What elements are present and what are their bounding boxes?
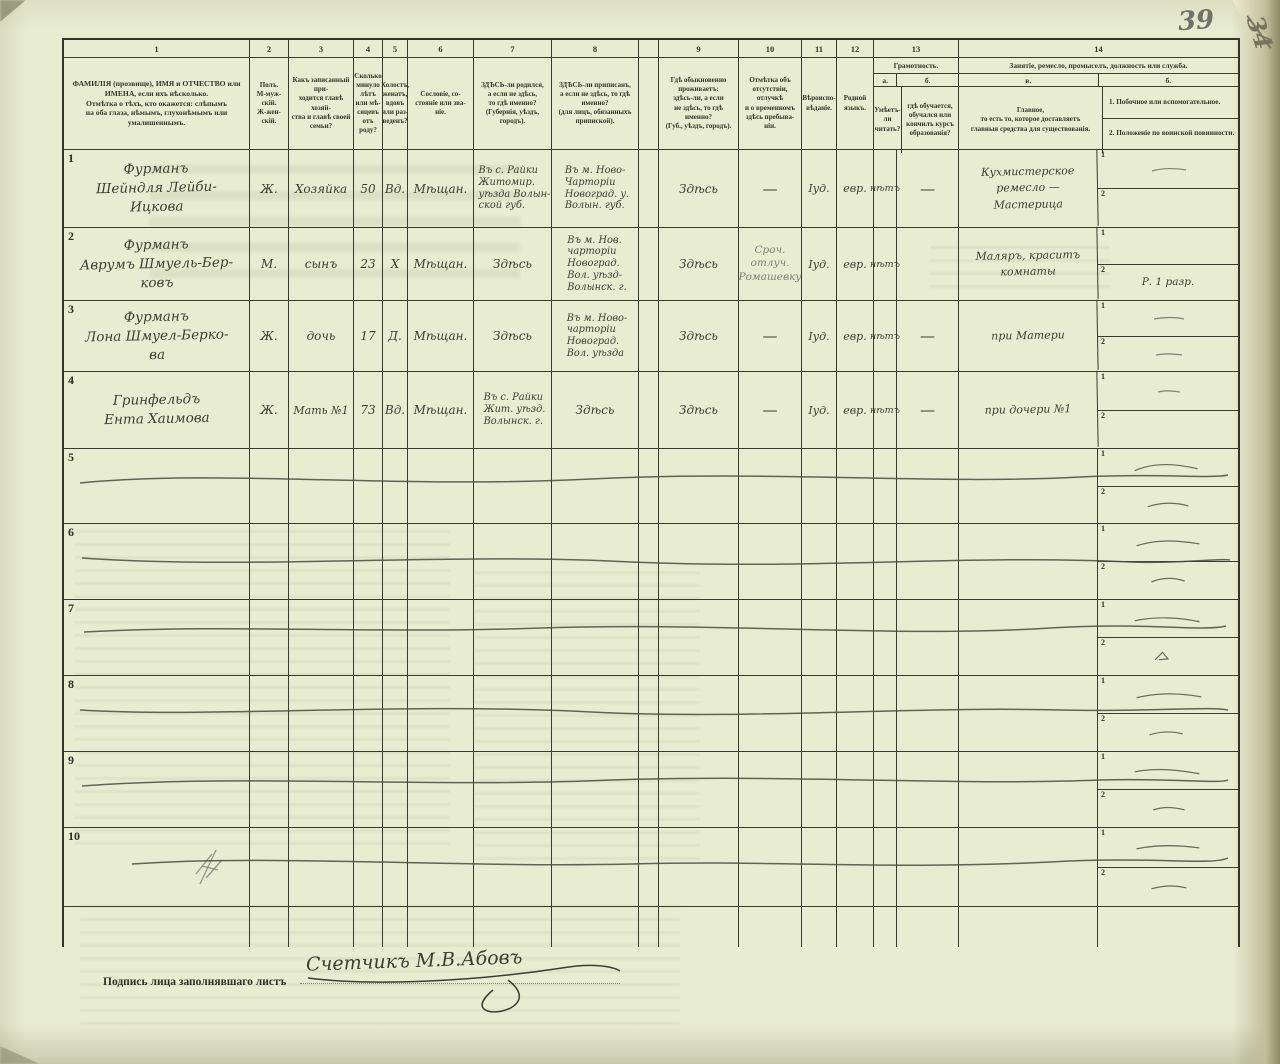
cell-registered: Въ м. Ново- Чарторіи Новоград. у. Волын.… bbox=[552, 150, 639, 227]
table-row: 4 Гринфельдъ Ента Хаимова Ж. Мать №1 73 … bbox=[64, 372, 1238, 449]
stub-cell bbox=[383, 907, 408, 947]
cell-read: нѣтъ bbox=[874, 228, 897, 300]
census-table: 1 2 3 4 5 6 7 8 9 10 11 12 13 14 ФАМИЛІЯ… bbox=[62, 38, 1240, 947]
cell-marital: Вд. bbox=[383, 372, 408, 448]
occupation-side-item-2: 2. Положеніе по воинской повинности. bbox=[1103, 119, 1238, 150]
table-row-empty: 5 1 2 bbox=[64, 449, 1238, 524]
col-num-3: 3 bbox=[289, 40, 354, 57]
occupation-side-sub1: 1 bbox=[1098, 228, 1238, 265]
cell-sex: Ж. bbox=[250, 372, 289, 448]
occupation-side-label: б. bbox=[1099, 74, 1239, 86]
cell-relation: сынъ bbox=[289, 228, 354, 300]
cell-read: нѣтъ bbox=[874, 372, 897, 448]
header-estate: Сословіе, со- стояніе или зва- ніе. bbox=[408, 58, 474, 149]
ink-dash bbox=[1144, 386, 1192, 396]
cell-sex: Ж. bbox=[250, 301, 289, 371]
header-born: ЗДѢСЬ-ли родился, а если не здѣсь, то гд… bbox=[474, 58, 552, 149]
row-number: 2 bbox=[68, 229, 74, 244]
cross-out-line bbox=[72, 463, 1230, 493]
cell-absence: — bbox=[739, 150, 802, 227]
stub-cell bbox=[802, 907, 837, 947]
ink-curve bbox=[1131, 650, 1205, 664]
militia-note: Р. 1 разр. bbox=[1142, 276, 1195, 288]
gutter bbox=[639, 150, 659, 227]
occupation-side-sub2: 2 bbox=[1098, 411, 1238, 449]
col-num-11: 11 bbox=[802, 40, 837, 57]
cell-born: Здѣсь bbox=[474, 301, 552, 371]
stub-cell bbox=[1098, 907, 1238, 947]
signature-flourish bbox=[300, 950, 630, 1030]
cell-language: евр. bbox=[837, 372, 874, 448]
gutter bbox=[639, 301, 659, 371]
cell-read: нѣтъ bbox=[874, 301, 897, 371]
row-number: 1 bbox=[68, 151, 74, 166]
cell-absence-pencil-note: Сроч. отлуч. Ромашевку bbox=[739, 228, 802, 300]
cell-resides: Здѣсь bbox=[659, 228, 739, 300]
header-occupation-block: Занятіе, ремесло, промыселъ, должность и… bbox=[959, 58, 1238, 149]
signature-label: Подпись лица заполнявшаго листъ bbox=[103, 976, 286, 994]
cell-estate: Мѣщан. bbox=[408, 301, 474, 371]
cell-age: 23 bbox=[354, 228, 383, 300]
cell-sex: М. bbox=[250, 228, 289, 300]
column-numbers-row: 1 2 3 4 5 6 7 8 9 10 11 12 13 14 bbox=[64, 40, 1238, 58]
stub-cell bbox=[64, 907, 250, 947]
header-name: ФАМИЛІЯ (прозвище), ИМЯ и ОТЧЕСТВО или И… bbox=[64, 58, 250, 149]
table-row-empty: 6 1 2 bbox=[64, 524, 1238, 600]
cross-out-line bbox=[72, 694, 1230, 724]
literacy-b-text: гдѣ обучается, обучался или кончилъ курс… bbox=[902, 87, 958, 153]
cell-age: 17 bbox=[354, 301, 383, 371]
signature-block: Подпись лица заполнявшаго листъ Счетчикъ… bbox=[103, 950, 630, 994]
cell-absence: — bbox=[739, 301, 802, 371]
cell-relation: Хозяйка bbox=[289, 150, 354, 227]
table-row-empty: 8 1 2 bbox=[64, 676, 1238, 752]
gutter bbox=[639, 907, 659, 947]
cell-age: 73 bbox=[354, 372, 383, 448]
occupation-side-sub1: 1 bbox=[1098, 372, 1238, 411]
occupation-main-label: в. bbox=[959, 74, 1099, 86]
literacy-a-text: Умѣетъ- ли читать? bbox=[874, 87, 902, 153]
ink-curve bbox=[1131, 498, 1205, 512]
ink-curve bbox=[1131, 802, 1205, 816]
col-num-2: 2 bbox=[250, 40, 289, 57]
header-absence: Отмѣтка объ отсутствіи, отлучкѣ и о врем… bbox=[739, 58, 802, 149]
cell-educated bbox=[897, 228, 959, 300]
header-marital: Холостъ, женатъ, вдовъ или раз- веденъ? bbox=[383, 58, 408, 149]
header-language: Родной языкъ. bbox=[837, 58, 874, 149]
cell-read: нѣтъ bbox=[874, 150, 897, 227]
stub-cell bbox=[837, 907, 874, 947]
col-num-13: 13 bbox=[874, 40, 959, 57]
signature-area: Счетчикъ М.В.Абовъ bbox=[300, 950, 630, 994]
cell-relation: дочь bbox=[289, 301, 354, 371]
stub-cell bbox=[474, 907, 552, 947]
cell-name: 1 Фурманъ Шейндля Лейби- Ицкова bbox=[64, 150, 250, 227]
col-num-5: 5 bbox=[383, 40, 408, 57]
col-num-4: 4 bbox=[354, 40, 383, 57]
cell-absence: — bbox=[739, 372, 802, 448]
cell-estate: Мѣщан. bbox=[408, 372, 474, 448]
gutter bbox=[639, 58, 659, 149]
cross-out-line bbox=[72, 848, 1230, 878]
cell-educated: — bbox=[897, 150, 959, 227]
header-registered: ЗДѢСЬ-ли приписанъ, а если не здѣсь, то … bbox=[552, 58, 639, 149]
col-num-10: 10 bbox=[739, 40, 802, 57]
cell-resides: Здѣсь bbox=[659, 150, 739, 227]
literacy-a-label: а. bbox=[874, 74, 897, 86]
occupation-side-item-1: 1. Побочное или вспомогательное. bbox=[1103, 87, 1238, 119]
cell-religion: Іуд. bbox=[802, 372, 837, 448]
stub-cell bbox=[552, 907, 639, 947]
cell-language: евр. bbox=[837, 301, 874, 371]
occupation-side-sub2: 2 bbox=[1098, 189, 1238, 227]
header-relation: Какъ записанный при- ходится главѣ хозяй… bbox=[289, 58, 354, 149]
cross-out-line bbox=[72, 614, 1230, 644]
stub-cell bbox=[354, 907, 383, 947]
cell-educated: — bbox=[897, 372, 959, 448]
ink-curve bbox=[1131, 726, 1205, 740]
gutter bbox=[639, 228, 659, 300]
cell-estate: Мѣщан. bbox=[408, 228, 474, 300]
cell-name: 4 Гринфельдъ Ента Хаимова bbox=[64, 372, 250, 448]
cell-religion: Іуд. bbox=[802, 228, 837, 300]
col-num-1: 1 bbox=[64, 40, 250, 57]
cell-occupation-main: Маляръ, краситъ комнаты bbox=[958, 227, 1098, 301]
cross-out-line bbox=[72, 766, 1230, 796]
literacy-title: Грамотность. bbox=[874, 58, 958, 74]
row-number: 3 bbox=[68, 302, 74, 317]
occupation-main-text: Главное, то есть то, которое доставляетъ… bbox=[959, 87, 1103, 153]
cell-born: Въ с. Райки Жит. уѣзд. Волынск. г. bbox=[474, 372, 552, 448]
table-row-empty: 10 1 2 bbox=[64, 828, 1238, 907]
gutter bbox=[639, 372, 659, 448]
stub-cell bbox=[874, 907, 897, 947]
stub-cell bbox=[250, 907, 289, 947]
cell-age: 50 bbox=[354, 150, 383, 227]
header-sex: Полъ. М-муж- скій. Ж-жен- скій. bbox=[250, 58, 289, 149]
cell-marital: Вд. bbox=[383, 150, 408, 227]
col-num-9: 9 bbox=[659, 40, 739, 57]
ink-curve bbox=[1131, 574, 1205, 588]
pencil-page-number: 39 bbox=[1177, 5, 1215, 37]
col-num-7: 7 bbox=[474, 40, 552, 57]
cell-marital: Х bbox=[383, 228, 408, 300]
cell-occupation-main: Кухмистерское ремесло — Мастерица bbox=[958, 149, 1098, 228]
table-row: 1 Фурманъ Шейндля Лейби- Ицкова Ж. Хозяй… bbox=[64, 150, 1238, 228]
occupation-side-sub2: 2 bbox=[1098, 337, 1238, 372]
table-row-empty: 7 1 2 bbox=[64, 600, 1238, 676]
gutter bbox=[639, 40, 659, 57]
stub-cell bbox=[739, 907, 802, 947]
stub-cell bbox=[408, 907, 474, 947]
ink-dash bbox=[1144, 349, 1192, 359]
ink-curve bbox=[1131, 880, 1205, 894]
col-num-8: 8 bbox=[552, 40, 639, 57]
ink-dash bbox=[1144, 313, 1192, 323]
occupation-side-sub1: 1 bbox=[1098, 301, 1238, 337]
cell-sex: Ж. bbox=[250, 150, 289, 227]
cell-language: евр. bbox=[837, 150, 874, 227]
col-num-14: 14 bbox=[959, 40, 1238, 57]
cell-educated: — bbox=[897, 301, 959, 371]
census-sheet-photo: 39 34 1 2 3 4 5 6 7 8 9 10 11 12 13 14 Ф… bbox=[0, 0, 1280, 1064]
header-age: Сколько минуло лѣтъ или мѣ- сяцевъ отъ р… bbox=[354, 58, 383, 149]
col-num-6: 6 bbox=[408, 40, 474, 57]
occupation-title: Занятіе, ремесло, промыселъ, должность и… bbox=[959, 58, 1238, 74]
occupation-side-sub2: 2 Р. 1 разр. bbox=[1098, 265, 1238, 301]
cell-occupation-side: 1 2 bbox=[1098, 150, 1238, 227]
cell-occupation-side: 1 2 bbox=[1098, 301, 1238, 371]
col-num-12: 12 bbox=[837, 40, 874, 57]
cell-occupation-side: 1 2 bbox=[1098, 372, 1238, 448]
cell-religion: Іуд. bbox=[802, 150, 837, 227]
cell-name: 3 Фурманъ Лона Шмуел-Берко- ва bbox=[64, 301, 250, 371]
table-row-empty: 9 1 2 bbox=[64, 752, 1238, 828]
stub-cell bbox=[659, 907, 739, 947]
header-resides: Гдѣ обыкновенно проживаетъ: здѣсь-ли, а … bbox=[659, 58, 739, 149]
cell-resides: Здѣсь bbox=[659, 372, 739, 448]
stub-cell bbox=[959, 907, 1098, 947]
cell-marital: Д. bbox=[383, 301, 408, 371]
cell-estate: Мѣщан. bbox=[408, 150, 474, 227]
header-literacy-block: Грамотность. а. б. Умѣетъ- ли читать? гд… bbox=[874, 58, 959, 149]
literacy-b-label: б. bbox=[897, 74, 958, 86]
cell-relation: Мать №1 bbox=[289, 372, 354, 448]
occupation-side-sub1: 1 bbox=[1098, 150, 1238, 189]
header-row: ФАМИЛІЯ (прозвище), ИМЯ и ОТЧЕСТВО или И… bbox=[64, 58, 1238, 150]
cell-religion: Іуд. bbox=[802, 301, 837, 371]
cell-occupation-side: 1 2 Р. 1 разр. bbox=[1098, 228, 1238, 300]
cell-born: Здѣсь bbox=[474, 228, 552, 300]
table-bottom-stub bbox=[64, 907, 1238, 947]
table-row: 3 Фурманъ Лона Шмуел-Берко- ва Ж. дочь 1… bbox=[64, 301, 1238, 372]
cell-resides: Здѣсь bbox=[659, 301, 739, 371]
cell-registered: Здѣсь bbox=[552, 372, 639, 448]
ink-dash bbox=[1144, 164, 1192, 174]
cell-occupation-main: при Матери bbox=[958, 300, 1098, 372]
stub-cell bbox=[897, 907, 959, 947]
stub-cell bbox=[289, 907, 354, 947]
cell-born: Въ с. Райки Житомир. уѣзда Волын- ской г… bbox=[474, 150, 552, 227]
cross-out-line bbox=[72, 544, 1230, 574]
cell-name: 2 Фурманъ Аврумъ Шмуель-Бер- ковъ bbox=[64, 228, 250, 300]
table-row: 2 Фурманъ Аврумъ Шмуель-Бер- ковъ М. сын… bbox=[64, 228, 1238, 301]
cell-occupation-main: при дочери №1 bbox=[958, 371, 1098, 449]
cell-language: евр. bbox=[837, 228, 874, 300]
header-religion: Вѣроиспо- вѣданіе. bbox=[802, 58, 837, 149]
cell-registered: Въ м. Нов. чарторіи Новоград. Вол. уѣзд-… bbox=[552, 228, 639, 300]
row-number: 4 bbox=[68, 373, 74, 388]
cell-registered: Въ м. Ново- чарторіи Новоград. Вол. уѣзд… bbox=[552, 301, 639, 371]
